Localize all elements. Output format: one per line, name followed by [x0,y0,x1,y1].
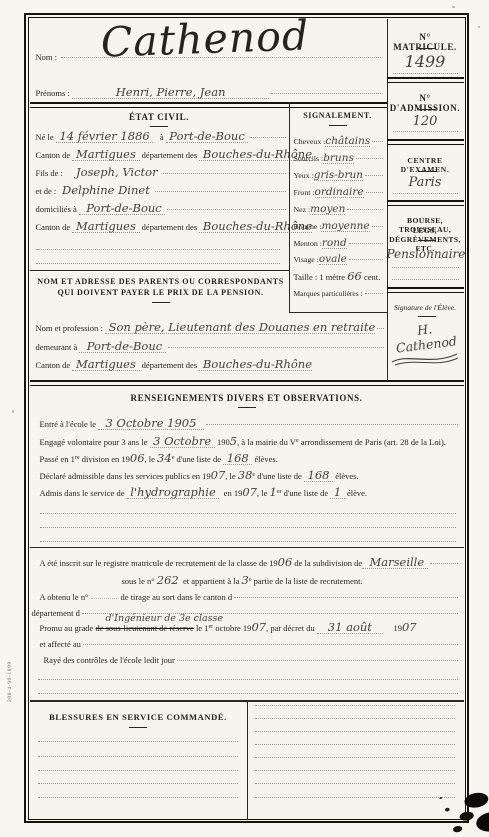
bourse-value: Pensionnaire [387,247,464,261]
ruled-line [38,783,238,784]
text-segment: , le [257,488,270,498]
text-segment: e [296,438,299,444]
trait-value: ovale [319,254,347,266]
parents-title-2: QUI DOIVENT PAYER LE PRIX DE LA PENSION. [30,288,292,297]
text-segment: 07 [402,622,417,634]
line-et-de: et de : Delphine Dinet [36,185,286,197]
text-segment: 07 [251,622,266,634]
bourse-tick [418,240,436,241]
text-segment: 3 [242,575,249,587]
signalement-row-nez: Nez : moyen [294,204,383,216]
page-frame-inner: Nom : Cathenod Prénoms : Henri, Pierre, … [28,17,466,820]
trait-label: Visage : [294,255,319,264]
line-engage-volontaire: Engagé volontaire pour 3 ans le 3 Octobr… [40,436,458,449]
admission-divider [387,139,464,145]
trait-value: ordinaire [315,187,364,199]
text-segment: octobre 19 [213,623,251,633]
ruled-line [40,513,456,514]
signalement-row-yeux: Yeux : gris-brun [294,170,383,182]
signalement-row-menton: Menton : rond [294,238,383,250]
admission-label: N° D'ADMISSION. [387,93,464,113]
prenoms-line: Prénoms : Henri, Pierre, Jean [36,87,381,100]
text-segment: e [249,577,252,583]
text-segment: e [172,455,175,461]
parents-tick [152,302,170,303]
text-segment: Promu au grade [40,623,96,633]
text-segment: 3 Octobre [150,436,215,449]
text-segment: Son père, Lieutenant des Douanes en retr… [105,322,375,335]
text-segment: Port-de-Bouc [79,203,165,216]
ruled-line [36,263,280,264]
text-segment: Port-de-Bouc [166,131,249,144]
text-segment: Taille : 1 mètre [294,272,348,282]
blessures-divider [247,700,248,819]
text-segment: 06 [278,557,293,569]
text-segment: d'une liste de [281,488,330,498]
ruled-line [255,770,455,771]
matricule-rule [393,73,458,74]
matricule-value: 1499 [387,52,464,71]
parents-bottom-divider [30,380,464,386]
renseignements-title: RENSEIGNEMENTS DIVERS ET OBSERVATIONS. [30,393,464,403]
text-segment: demeurant à [36,342,80,352]
text-segment: 38 [238,470,253,482]
trait-value: châtains [325,136,370,148]
signature-block: H. Cathenod [387,322,464,367]
trait-label: Cheveux : [294,137,326,146]
centre-examen-rule [393,193,458,194]
text-segment: er [209,624,214,630]
text-segment: de tirage au sort dans le canton d [120,592,232,602]
paper-speck [12,410,14,413]
text-segment: et appartient à la [179,576,242,586]
text-segment: Martigues [72,221,139,234]
text-segment: Passé en 1 [40,454,75,464]
ruled-line [38,741,238,742]
line-canton-1: Canton de Martigues département des Bouc… [36,149,286,162]
scanned-document-page: { "colors": {"paper":"#f6f4ed","print_in… [0,0,489,837]
bourse-rule-2 [392,279,459,280]
text-segment: A été inscrit sur le registre matricule … [40,558,278,568]
text-segment: Marseille [362,557,428,570]
text-segment: département d [32,608,80,618]
text-segment: 262 [157,575,179,587]
text-segment: 5 [230,436,237,448]
trait-label: Sourcils : [294,154,324,163]
line-entre-ecole: Entré à l'école le 3 Octobre 1905 [40,418,458,431]
ruled-line [255,783,455,784]
ruled-line [36,249,280,250]
text-segment: l'hydrographie [127,487,220,500]
paper-speck [478,26,480,28]
trait-value: bruns [323,153,354,165]
ruled-line [38,797,238,798]
text-segment: Entré à l'école le [40,419,99,429]
paper-speck [452,6,455,8]
matricule-label: N° MATRICULE. [387,32,464,52]
ruled-line [38,679,458,680]
text-segment: 07 [242,487,257,499]
signalement-tick [329,125,347,126]
printer-mark: 200-4-99-1899 [7,661,13,702]
text-segment: Bouches-du-Rhône [199,359,312,372]
text-segment: département des [140,222,200,232]
signalement-row-cheveux: Cheveux : châtains [294,136,383,148]
text-segment: et de : [36,186,59,196]
ink-blot [430,762,489,837]
text-segment: e [252,472,255,478]
promu-insert-handwritten: d'Ingénieur de 3e classe [106,613,224,624]
text-segment: Canton de [36,360,73,370]
text-segment: 168 [223,453,252,466]
etat-civil-bottom-rule [30,270,289,271]
trait-label: Menton : [294,239,322,248]
text-segment [91,598,117,599]
text-segment: de sous-lieutenant de réserve [95,623,193,633]
matricule-divider [387,77,464,83]
line-fils-de: Fils de : Joseph, Victor [36,167,286,179]
text-segment: Déclaré admissible dans les services pub… [40,471,211,481]
line-inscrit-registre: A été inscrit sur le registre matricule … [40,557,458,570]
text-segment: 3 Octobre 1905 [98,418,204,431]
centre-examen-value: Paris [387,175,464,190]
line-affecte: et affecté au [40,639,458,649]
line-demeurant: demeurant à Port-de-Bouc [36,341,384,354]
signalement-row-front: Front : ordinaire [294,187,383,199]
text-segment: d'une liste de [255,471,304,481]
text-segment: Prénoms : [36,88,72,98]
text-segment: le 1 [194,623,209,633]
line-declare-admissible: Déclaré admissible dans les services pub… [40,470,458,483]
ruled-line [255,705,455,706]
text-segment: de la subdivision d [292,558,358,568]
text-segment: er [277,489,282,495]
admission-rule [393,131,458,132]
page-frame: Nom : Cathenod Prénoms : Henri, Pierre, … [24,13,469,823]
text-segment: département des [140,360,200,370]
text-segment: 66 [347,271,362,283]
text-segment: 07 [211,470,226,482]
text-segment: 1 [330,487,345,500]
trait-value: moyenne [321,221,369,233]
text-segment: Rayé des contrôles de l'école ledit jour [44,655,175,665]
centre-examen-tick [418,171,436,172]
header-divider [30,102,387,108]
text-segment: et affecté au [40,639,81,649]
text-segment: 1 [269,487,276,499]
line-obtenu-tirage: A obtenu le n°de tirage au sort dans le … [40,592,458,602]
text-segment: Admis dans le service de [40,488,127,498]
signature-tick [418,316,436,317]
text-segment: arrondissement de Paris (art. 28 de la L… [299,437,446,447]
line-canton-2: Canton de Martigues département des Bouc… [36,221,286,234]
parents-title-1: NOM ET ADRESSE DES PARENTS OU CORRESPOND… [30,277,292,286]
ruled-line [255,718,455,719]
text-segment: , le [145,454,158,464]
text-segment: , à la mairie du V [237,437,296,447]
text-segment: 19 [383,623,402,633]
text-segment: 14 février 1886 [56,131,154,144]
text-segment: Joseph, Victor [65,167,161,179]
signalement-row-sourcils: Sourcils : bruns [294,153,383,165]
bourse-rule-1 [392,267,459,268]
text-segment: 190 [215,437,230,447]
text-segment: sous le n° [122,576,157,586]
text-segment: Canton de [36,150,73,160]
trait-value: rond [322,238,347,250]
ruled-line [255,731,455,732]
blessures-tick [129,727,147,728]
text-segment: Martigues [72,149,139,162]
renseignements-bottom-rule [30,547,464,548]
form-content: Nom : Cathenod Prénoms : Henri, Pierre, … [30,19,464,818]
text-segment: Nom : [36,52,60,62]
signature-label: Signature de l'Élève. [387,303,464,312]
line-departement: département d [32,608,458,618]
line-admis-service: Admis dans le service de l'hydrographie … [40,487,458,500]
text-segment: Henri, Pierre, Jean [72,87,269,100]
trait-label: Front : [294,188,315,197]
text-segment: à [153,132,165,142]
text-segment: , le [225,471,238,481]
text-segment: Engagé volontaire pour 3 ans le [40,437,150,447]
blessures-title: BLESSURES EN SERVICE COMMANDÉ. [30,712,247,722]
text-segment: Canton de [36,222,73,232]
signalement-row-marques: Marques particulières : [294,289,383,298]
text-segment: Port-de-Bouc [79,341,165,354]
line-domicilies: domiciliés à Port-de-Bouc [36,203,286,216]
text-segment: élèves. [252,454,278,464]
signalement-bottom-rule [289,312,387,313]
etat-civil-tick [150,126,168,127]
text-segment: re [75,455,80,461]
text-segment: en 19 [219,488,242,498]
text-segment: Martigues [72,359,139,372]
text-segment: Delphine Dinet [58,185,153,197]
trait-label: Marques particulières : [294,289,363,298]
matricule-tick [418,48,436,49]
text-segment: Nom et profession : [36,323,105,333]
text-segment: élève. [345,488,367,498]
text-segment: Né le [36,132,56,142]
text-segment: cent. [362,272,380,282]
text-segment: Fils de : [36,168,66,178]
text-segment: division en 19 [80,454,130,464]
text-segment: 31 août [317,622,383,635]
line-profession: Nom et profession : Son père, Lieutenant… [36,322,384,335]
ruled-line [38,693,458,694]
line-sous-le-numero: sous le n° 262 et appartient à la 3e par… [122,575,458,587]
ruled-line [40,527,456,528]
ruled-line [40,541,456,542]
ruled-line [38,770,238,771]
trait-label: Bouche : [294,222,322,231]
trait-value: gris-brun [314,170,363,182]
text-segment: domiciliés à [36,204,79,214]
ruled-line [38,756,238,757]
signature-handwritten-value: H. Cathenod [385,317,465,356]
ruled-line [255,744,455,745]
signalement-row-bouche: Bouche : moyenne [294,221,383,233]
trait-value: moyen [310,204,345,216]
line-ne-le: Né le 14 février 1886 à Port-de-Bouc [36,131,286,144]
ruled-line [255,797,455,798]
text-segment: département des [140,150,200,160]
text-segment: A obtenu le n° [40,592,89,602]
text-segment: partie de la liste de recrutement. [252,576,363,586]
signalement-row-taille: Taille : 1 mètre 66 cent. [294,271,383,283]
text-segment: d'une liste de [174,454,223,464]
signalement-title: SIGNALEMENT. [289,111,387,120]
signalement-row-visage: Visage : ovale [294,254,383,266]
etat-civil-title: ÉTAT CIVIL. [30,112,289,122]
admission-tick [418,109,436,110]
ruled-line [255,757,455,758]
renseignements-tick [238,407,256,408]
trait-label: Nez : [294,205,311,214]
admission-value: 120 [387,114,464,129]
line-canton-parents: Canton de Martigues département des Bouc… [36,359,384,372]
nom-handwritten-value: Cathenod [59,9,350,67]
line-raye-controles: Rayé des contrôles de l'école ledit jour [44,655,458,665]
bourse-divider [387,287,464,293]
text-segment: 34 [157,453,172,465]
text-segment: élèves. [333,471,359,481]
line-passe-division: Passé en 1re division en 1906, le 34e d'… [40,453,458,466]
text-segment: 168 [304,470,333,483]
text-segment: 06 [130,453,145,465]
trait-label: Yeux : [294,171,314,180]
line-promu-grade: d'Ingénieur de 3e classe Promu au grade … [40,622,458,635]
centre-examen-divider [387,200,464,206]
text-segment: , par décret du [266,623,317,633]
